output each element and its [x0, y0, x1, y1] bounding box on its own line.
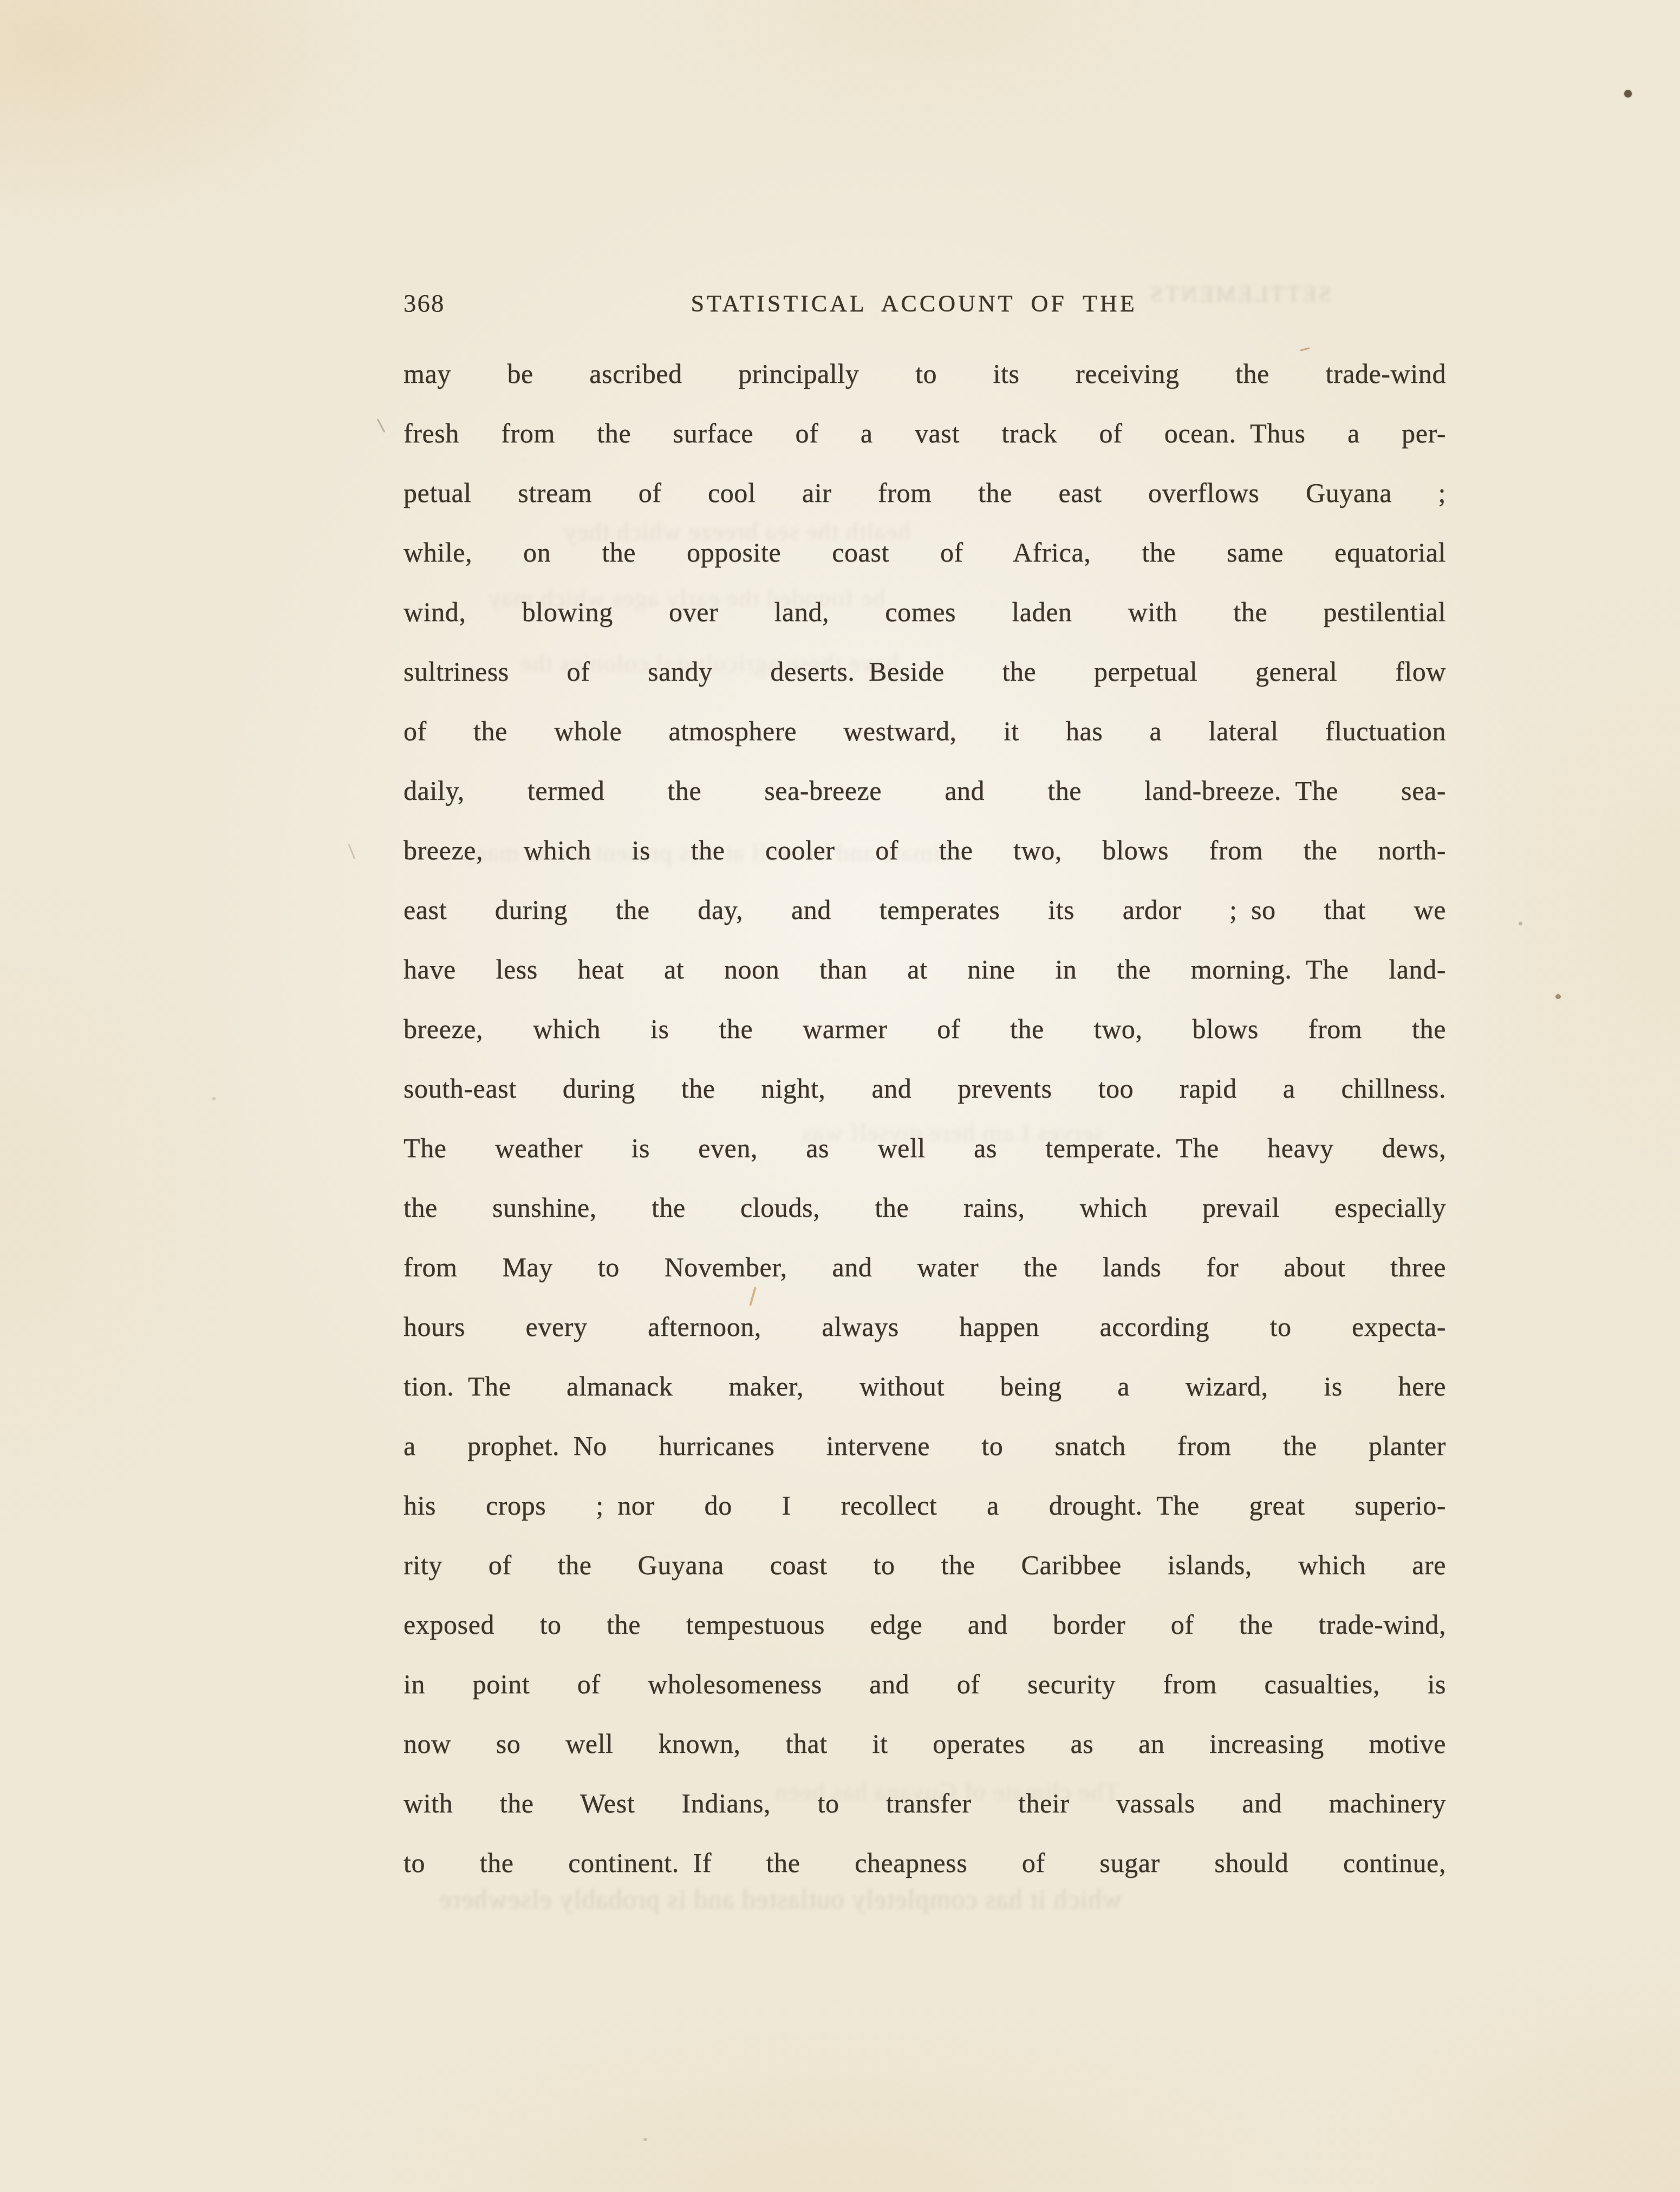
text-line: exposed to the tempestuous edge and bord…	[403, 1595, 1446, 1654]
text-line: The weather is even, as well as temperat…	[403, 1118, 1446, 1178]
text-line: south-east during the night, and prevent…	[403, 1059, 1446, 1118]
text-line: tion. The almanack maker, without being …	[403, 1356, 1446, 1416]
stray-mark	[348, 844, 355, 860]
text-line: with the West Indians, to transfer their…	[403, 1773, 1446, 1833]
text-line: from May to November, and water the land…	[403, 1237, 1446, 1297]
text-line: east during the day, and temperates its …	[403, 880, 1446, 940]
text-line: now so well known, that it operates as a…	[403, 1714, 1446, 1773]
text-line: have less heat at noon than at nine in t…	[403, 940, 1446, 999]
text-line: breeze, which is the cooler of the two, …	[403, 820, 1446, 880]
running-head-row: 368 STATISTICAL ACCOUNT OF THE	[403, 286, 1446, 322]
text-line: sultriness of sandy deserts. Beside the …	[403, 642, 1446, 701]
text-line: of the whole atmosphere westward, it has…	[403, 701, 1446, 761]
running-header: STATISTICAL ACCOUNT OF THE	[393, 286, 1435, 322]
text-line: rity of the Guyana coast to the Caribbee…	[403, 1535, 1446, 1595]
text-line: petual stream of cool air from the east …	[403, 463, 1446, 523]
text-line: may be ascribed principally to its recei…	[403, 344, 1446, 403]
text-line: daily, termed the sea-breeze and the lan…	[403, 761, 1446, 820]
foxing-speck	[1624, 90, 1632, 97]
text-line: fresh from the surface of a vast track o…	[403, 403, 1446, 463]
text-line: hours every afternoon, always happen acc…	[403, 1297, 1446, 1356]
text-line: his crops ; nor do I recollect a drought…	[403, 1476, 1446, 1535]
text-line: the sunshine, the clouds, the rains, whi…	[403, 1178, 1446, 1237]
text-line: breeze, which is the warmer of the two, …	[403, 999, 1446, 1059]
text-line: to the continent. If the cheapness of su…	[403, 1833, 1446, 1893]
text-line: while, on the opposite coast of Africa, …	[403, 523, 1446, 582]
foxing-speck	[643, 2138, 647, 2141]
foxing-speck	[1555, 994, 1561, 999]
stray-mark	[377, 419, 386, 433]
foxing-speck	[212, 1097, 216, 1100]
book-page-scan: SETTLEMENTS health the sea breeze which …	[0, 0, 1680, 2192]
text-line: wind, blowing over land, comes laden wit…	[403, 582, 1446, 642]
text-line: in point of wholesomeness and of securit…	[403, 1654, 1446, 1714]
foxing-speck	[1519, 922, 1522, 925]
text-line: a prophet. No hurricanes intervene to sn…	[403, 1416, 1446, 1476]
page-text-block: may be ascribed principally to its recei…	[403, 344, 1446, 1893]
